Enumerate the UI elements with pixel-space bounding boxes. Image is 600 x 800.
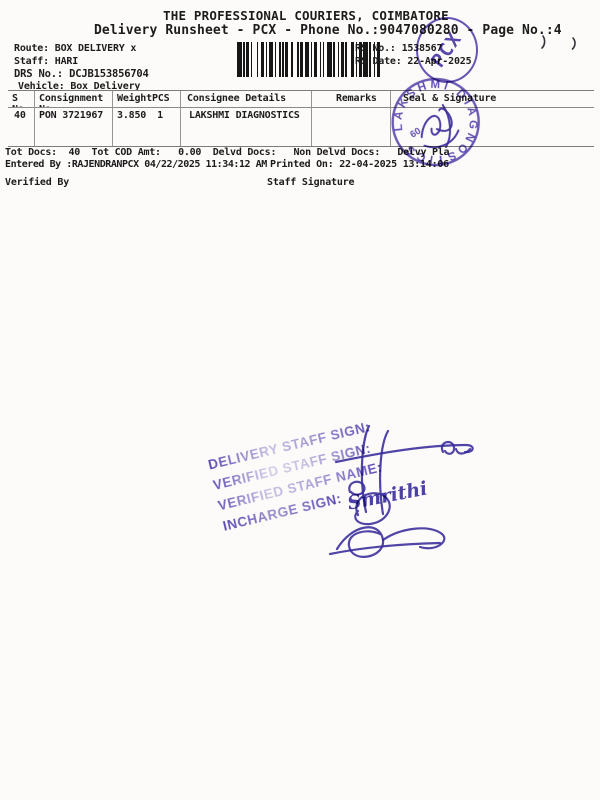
signature-stroke [380, 431, 388, 514]
col-header-pcs: PCS [152, 93, 169, 107]
row-consignee: LAKSHMI DIAGNOSTICS [180, 108, 311, 146]
row-weight-pcs: 3.850 1 [112, 108, 180, 146]
seal-center-number: 60 [408, 126, 423, 141]
seal-signature-squiggle [414, 103, 462, 153]
signature-stroke [442, 442, 454, 454]
document-subtitle: Delivery Runsheet - PCX - Phone No.:9047… [94, 23, 562, 38]
totals-line: Tot Docs: 40 Tot COD Amt: 0.00 Delvd Doc… [5, 147, 449, 158]
svg-text:LAKSHMI DIAGNOSTICS: LAKSHMI DIAGNOSTICS [381, 68, 490, 177]
col-header-consignee: Consignee Details [180, 91, 311, 108]
row-pcs: 1 [157, 110, 163, 146]
col-header-weight: Weight [117, 93, 152, 107]
row-s-no: 40 [8, 108, 34, 146]
signature-stroke [362, 426, 369, 512]
route-field: Route: BOX DELIVERY x [14, 43, 136, 54]
delivery-runsheet-document: THE PROFESSIONAL COURIERS, COIMBATORE De… [0, 0, 600, 800]
col-header-weight-pcs: Weight PCS [112, 91, 180, 108]
consignment-table: S No Consignment No Weight PCS Consignee… [8, 90, 594, 147]
staff-field: Staff: HARI [14, 56, 78, 67]
staff-signature-label: Staff Signature [267, 177, 354, 188]
handwritten-signatures [320, 415, 505, 570]
verified-by-label: Verified By [5, 177, 69, 188]
pen-tick-marks [536, 33, 582, 53]
organization-title: THE PROFESSIONAL COURIERS, COIMBATORE [163, 8, 449, 23]
entered-by-line: Entered By :RAJENDRANPCX 04/22/2025 11:3… [5, 159, 267, 170]
signature-stroke [355, 493, 389, 524]
row-weight: 3.850 [117, 110, 146, 146]
row-consignment-no: PON 3721967 [34, 108, 112, 146]
seal-ring-text: LAKSHMI DIAGNOSTICS [381, 68, 490, 177]
row-remarks [311, 108, 390, 146]
col-header-consignment-no: Consignment No [34, 91, 112, 108]
drs-no-field: DRS No.: DCJB153856704 [14, 68, 149, 80]
col-header-s-no: S No [8, 91, 34, 108]
